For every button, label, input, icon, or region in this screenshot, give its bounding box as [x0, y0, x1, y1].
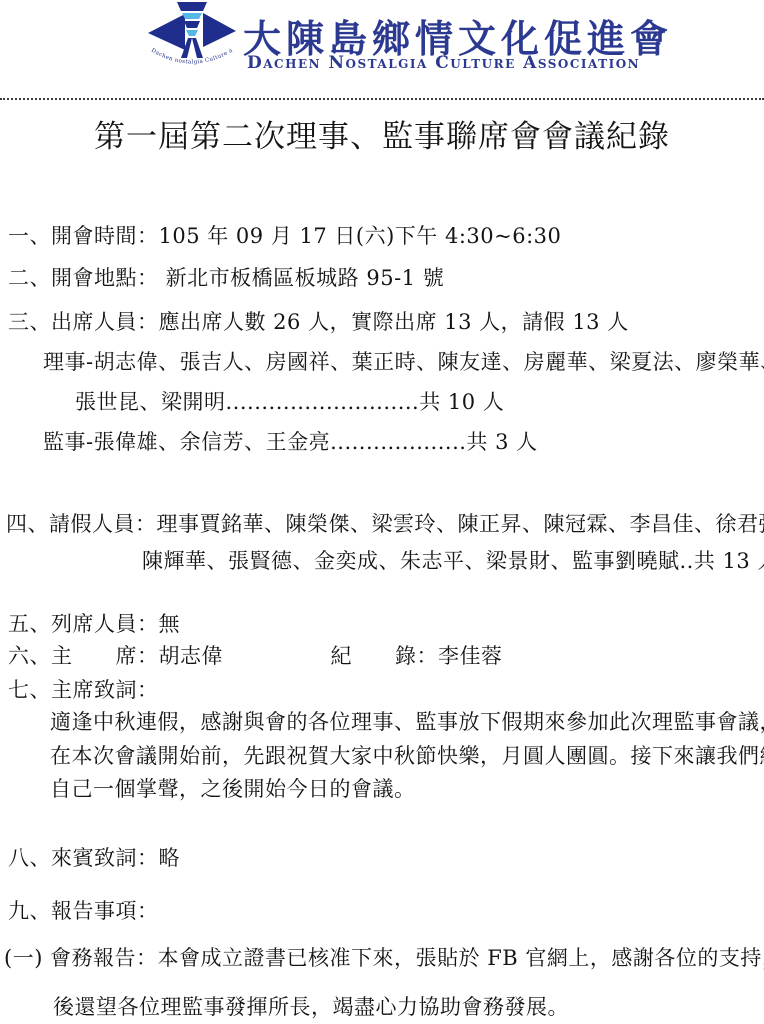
line-members-on-leave: 四、請假人員：理事賈銘華、陳榮傑、梁雲玲、陳正昇、陳冠霖、李昌佳、徐君弼、 [6, 512, 764, 536]
line-members-on-leave-cont: 陳輝華、張賢德、金奕成、朱志平、梁景財、監事劉曉賦..共 13 人 [142, 549, 764, 573]
line-guest-speech: 八、來賓致詞：略 [8, 846, 180, 870]
line-meeting-time: 一、開會時間：105 年 09 月 17 日(六)下午 4:30~6:30 [8, 224, 561, 248]
line-supervisors-present: 監事-張偉雄、余信芳、王金亮...................共 3 人 [43, 430, 538, 454]
chairman-speech-line-3: 自己一個掌聲，之後開始今日的會議。 [50, 777, 416, 801]
meeting-minutes-document: Dachen nostalgia Culture association 大陳島… [0, 0, 764, 1024]
line-attendance-summary: 三、出席人員：應出席人數 26 人，實際出席 13 人，請假 13 人 [8, 310, 629, 334]
line-directors-present: 理事-胡志偉、張吉人、房國祥、葉正時、陳友達、房麗華、梁夏法、廖榮華、 [43, 350, 764, 374]
report-item-1-line-1: (一) 會務報告：本會成立證書已核准下來，張貼於 FB 官網上，感謝各位的支持，… [4, 946, 764, 970]
line-chairman-recorder: 六、主 席：胡志偉 紀 錄：李佳蓉 [8, 644, 503, 668]
chairman-speech-line-2: 在本次會議開始前，先跟祝賀大家中秋節快樂，月圓人團圓。接下來讓我們給 [50, 744, 764, 768]
line-chairman-speech-heading: 七、主席致詞： [8, 678, 159, 702]
line-meeting-place: 二、開會地點： 新北市板橋區板城路 95-1 號 [8, 266, 444, 290]
chairman-speech-line-1: 適逢中秋連假，感謝與會的各位理事、監事放下假期來參加此次理監事會議， [50, 710, 764, 734]
page-title: 第一屆第二次理事、監事聯席會會議紀錄 [0, 111, 764, 156]
association-logo-icon: Dachen nostalgia Culture association [146, 1, 238, 95]
report-item-1-line-2: 後還望各位理監事發揮所長，竭盡心力協助會務發展。 [53, 995, 569, 1019]
line-directors-present-cont: 張世昆、梁開明...........................共 10 人 [75, 390, 504, 414]
line-report-items-heading: 九、報告事項： [8, 899, 159, 923]
line-observers: 五、列席人員：無 [8, 612, 180, 636]
dotted-separator [0, 98, 764, 100]
org-name-english: Dachen Nostalgia Culture Association [247, 53, 640, 73]
